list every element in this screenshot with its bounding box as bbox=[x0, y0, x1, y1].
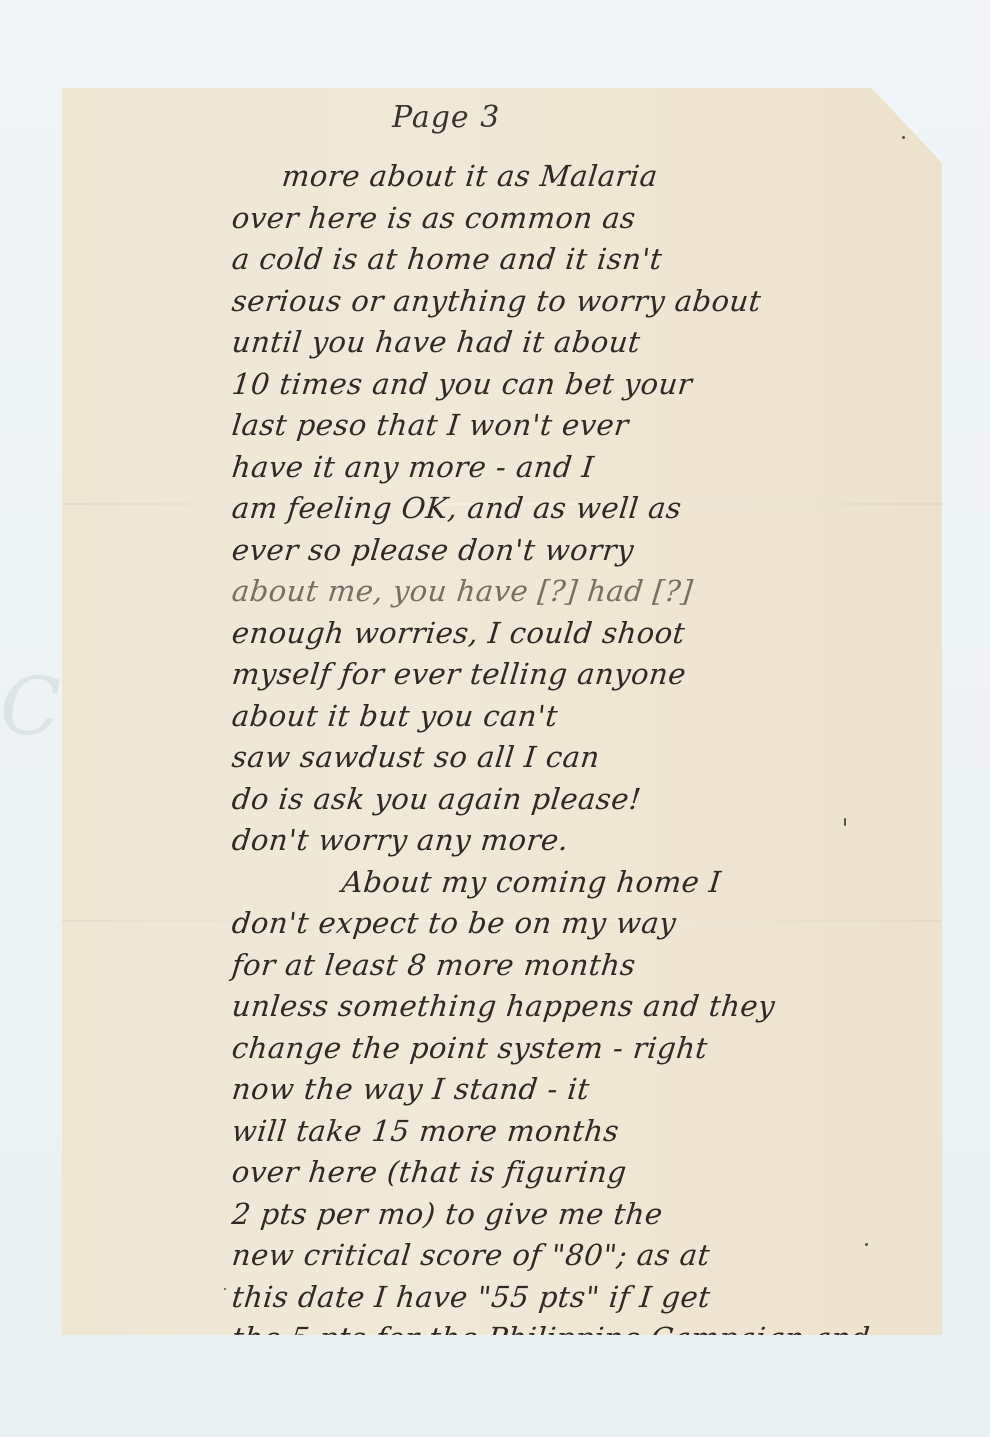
letter-line: more about it as Malaria bbox=[230, 156, 884, 198]
letter-line: a cold is at home and it isn't bbox=[230, 239, 884, 281]
letter-line: last peso that I won't ever bbox=[230, 405, 884, 447]
letter-line: will take 15 more months bbox=[230, 1111, 884, 1153]
letter-line: do is ask you again please! bbox=[230, 779, 884, 821]
letter-line: myself for ever telling anyone bbox=[230, 654, 884, 696]
letter-line: serious or anything to worry about bbox=[230, 281, 884, 323]
letter-line: until you have had it about bbox=[230, 322, 884, 364]
letter-line: ever so please don't worry bbox=[230, 530, 884, 572]
letter-line: am feeling OK, and as well as bbox=[230, 488, 884, 530]
letter-line: don't expect to be on my way bbox=[230, 903, 884, 945]
letter-line: now the way I stand - it bbox=[230, 1069, 884, 1111]
letter-line: about it but you can't bbox=[230, 696, 884, 738]
letter-line: have it any more - and I bbox=[230, 447, 884, 489]
letter-line: about me, you have [?] had [?] bbox=[230, 571, 884, 613]
letter-line: this date I have "55 pts" if I get bbox=[230, 1277, 884, 1319]
bleed-through-mark: C bbox=[0, 660, 61, 753]
letter-line: About my coming home I bbox=[230, 862, 884, 904]
letter-line: unless something happens and they bbox=[230, 986, 884, 1028]
letter-line: new critical score of "80"; as at bbox=[230, 1235, 884, 1277]
ink-speck bbox=[902, 136, 905, 139]
ink-speck bbox=[224, 1288, 226, 1290]
letter-page: Page 3 more about it as Malaria over her… bbox=[62, 88, 942, 1335]
letter-line: change the point system - right bbox=[230, 1028, 884, 1070]
letter-body: more about it as Malaria over here is as… bbox=[232, 156, 882, 1401]
letter-line: don't worry any more. bbox=[230, 820, 884, 862]
page-number-label: Page 3 bbox=[392, 100, 500, 135]
letter-line: over here is as common as bbox=[230, 198, 884, 240]
letter-line: enough worries, I could shoot bbox=[230, 613, 884, 655]
letter-line: for at least 8 more months bbox=[230, 945, 884, 987]
letter-line: 2 pts per mo) to give me the bbox=[230, 1194, 884, 1236]
letter-line: over here (that is figuring bbox=[230, 1152, 884, 1194]
letter-line: saw sawdust so all I can bbox=[230, 737, 884, 779]
letter-line: 10 times and you can bet your bbox=[230, 364, 884, 406]
